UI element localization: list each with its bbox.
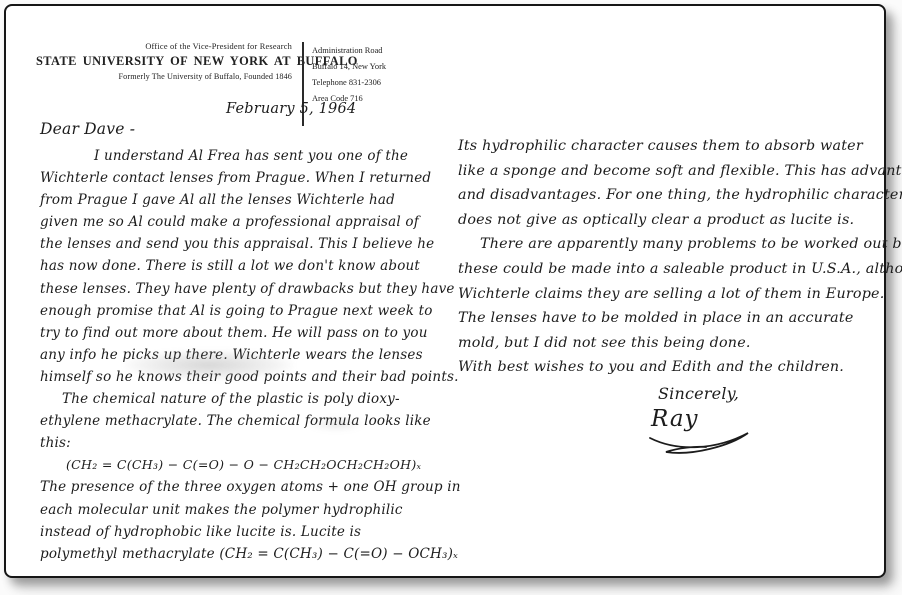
handwriting-line: given me so Al could make a professional… [40, 211, 458, 233]
address-line: Buffalo 14, New York [312, 62, 386, 71]
handwriting-line: this: [40, 432, 458, 454]
handwriting-line: and disadvantages. For one thing, the hy… [458, 183, 892, 208]
letterhead-office-line: Office of the Vice-President for Researc… [36, 42, 292, 51]
handwriting-line: these could be made into a saleable prod… [458, 257, 892, 282]
handwriting-line: The chemical nature of the plastic is po… [40, 388, 458, 410]
handwriting-line: I understand Al Frea has sent you one of… [40, 145, 458, 167]
handwriting-line: these lenses. They have plenty of drawba… [40, 278, 458, 300]
address-line: Administration Road [312, 46, 386, 55]
smudge-stain [124, 350, 294, 380]
handwriting-line: Wichterle contact lenses from Prague. Wh… [40, 167, 458, 189]
handwriting-line: from Prague I gave Al all the lenses Wic… [40, 189, 458, 211]
address-line: Telephone 831-2306 [312, 78, 386, 87]
handwriting-line: Its hydrophilic character causes them to… [458, 134, 892, 159]
handwriting-line: With best wishes to you and Edith and th… [458, 355, 892, 380]
handwriting-line: The presence of the three oxygen atoms +… [40, 476, 458, 498]
handwriting-line: mold, but I did not see this being done. [458, 331, 892, 356]
letter-date: February 5, 1964 [226, 101, 356, 117]
handwriting-line: try to find out more about them. He will… [40, 322, 458, 344]
letterhead-formerly-line: Formerly The University of Buffalo, Foun… [36, 72, 292, 81]
closing-valediction: Sincerely, [658, 384, 739, 403]
handwriting-line: ethylene methacrylate. The chemical form… [40, 410, 458, 432]
handwriting-line: enough promise that Al is going to Pragu… [40, 300, 458, 322]
salutation: Dear Dave - [40, 120, 135, 138]
handwriting-line: The lenses have to be molded in place in… [458, 306, 892, 331]
letter-card: Office of the Vice-President for Researc… [4, 4, 886, 578]
smudge-stain [306, 416, 366, 432]
handwriting-line: instead of hydrophobic like lucite is. L… [40, 521, 458, 543]
handwriting-line: each molecular unit makes the polymer hy… [40, 499, 458, 521]
handwriting-line: (CH₂ = C(CH₃) − C(=O) − O − CH₂CH₂OCH₂CH… [40, 454, 458, 476]
signature-flourish [644, 430, 754, 456]
handwriting-line: like a sponge and become soft and flexib… [458, 159, 892, 184]
handwriting-line: has now done. There is still a lot we do… [40, 255, 458, 277]
handwriting-line: Wichterle claims they are selling a lot … [458, 282, 892, 307]
handwriting-line: the lenses and send you this appraisal. … [40, 233, 458, 255]
letterhead: Office of the Vice-President for Researc… [36, 42, 292, 81]
handwriting-line: polymethyl methacrylate (CH₂ = C(CH₃) − … [40, 543, 458, 565]
letter-page-right: Its hydrophilic character causes them to… [458, 134, 892, 380]
university-name: STATE UNIVERSITY OF NEW YORK AT BUFFALO [36, 54, 292, 69]
handwriting-line: does not give as optically clear a produ… [458, 208, 892, 233]
handwriting-line: There are apparently many problems to be… [458, 232, 892, 257]
signature: Ray [651, 406, 699, 432]
